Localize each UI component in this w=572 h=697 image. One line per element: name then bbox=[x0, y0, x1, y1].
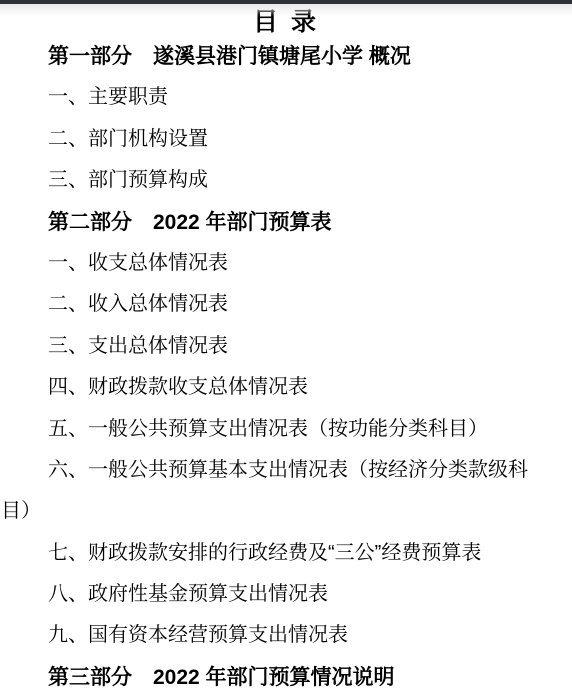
toc-section-heading: 第三部分 2022 年部门预算情况说明 bbox=[0, 657, 572, 697]
toc-entry: 四、财政拨款收支总体情况表 bbox=[0, 367, 572, 408]
viewer-top-edge bbox=[0, 0, 572, 4]
toc-entry: 二、收入总体情况表 bbox=[0, 284, 572, 325]
toc-entry-continuation: 目） bbox=[0, 491, 572, 532]
toc-entry: 三、部门预算构成 bbox=[0, 160, 572, 201]
toc-entry: 七、财政拨款安排的行政经费及“三公”经费预算表 bbox=[0, 533, 572, 574]
toc-entry: 九、国有资本经营预算支出情况表 bbox=[0, 615, 572, 656]
toc-entry: 六、一般公共预算基本支出情况表（按经济分类款级科 bbox=[0, 450, 572, 491]
toc-list: 第一部分 遂溪县港门镇塘尾小学 概况一、主要职责二、部门机构设置三、部门预算构成… bbox=[0, 36, 572, 697]
toc-entry: 一、主要职责 bbox=[0, 77, 572, 118]
toc-entry: 五、一般公共预算支出情况表（按功能分类科目） bbox=[0, 409, 572, 450]
toc-entry: 三、支出总体情况表 bbox=[0, 326, 572, 367]
toc-entry: 二、部门机构设置 bbox=[0, 119, 572, 160]
page-top-shadow bbox=[0, 4, 572, 16]
document-page: 目 录 第一部分 遂溪县港门镇塘尾小学 概况一、主要职责二、部门机构设置三、部门… bbox=[0, 0, 572, 697]
toc-section-heading: 第二部分 2022 年部门预算表 bbox=[0, 202, 572, 243]
toc-entry: 一、收支总体情况表 bbox=[0, 243, 572, 284]
toc-entry: 八、政府性基金预算支出情况表 bbox=[0, 574, 572, 615]
